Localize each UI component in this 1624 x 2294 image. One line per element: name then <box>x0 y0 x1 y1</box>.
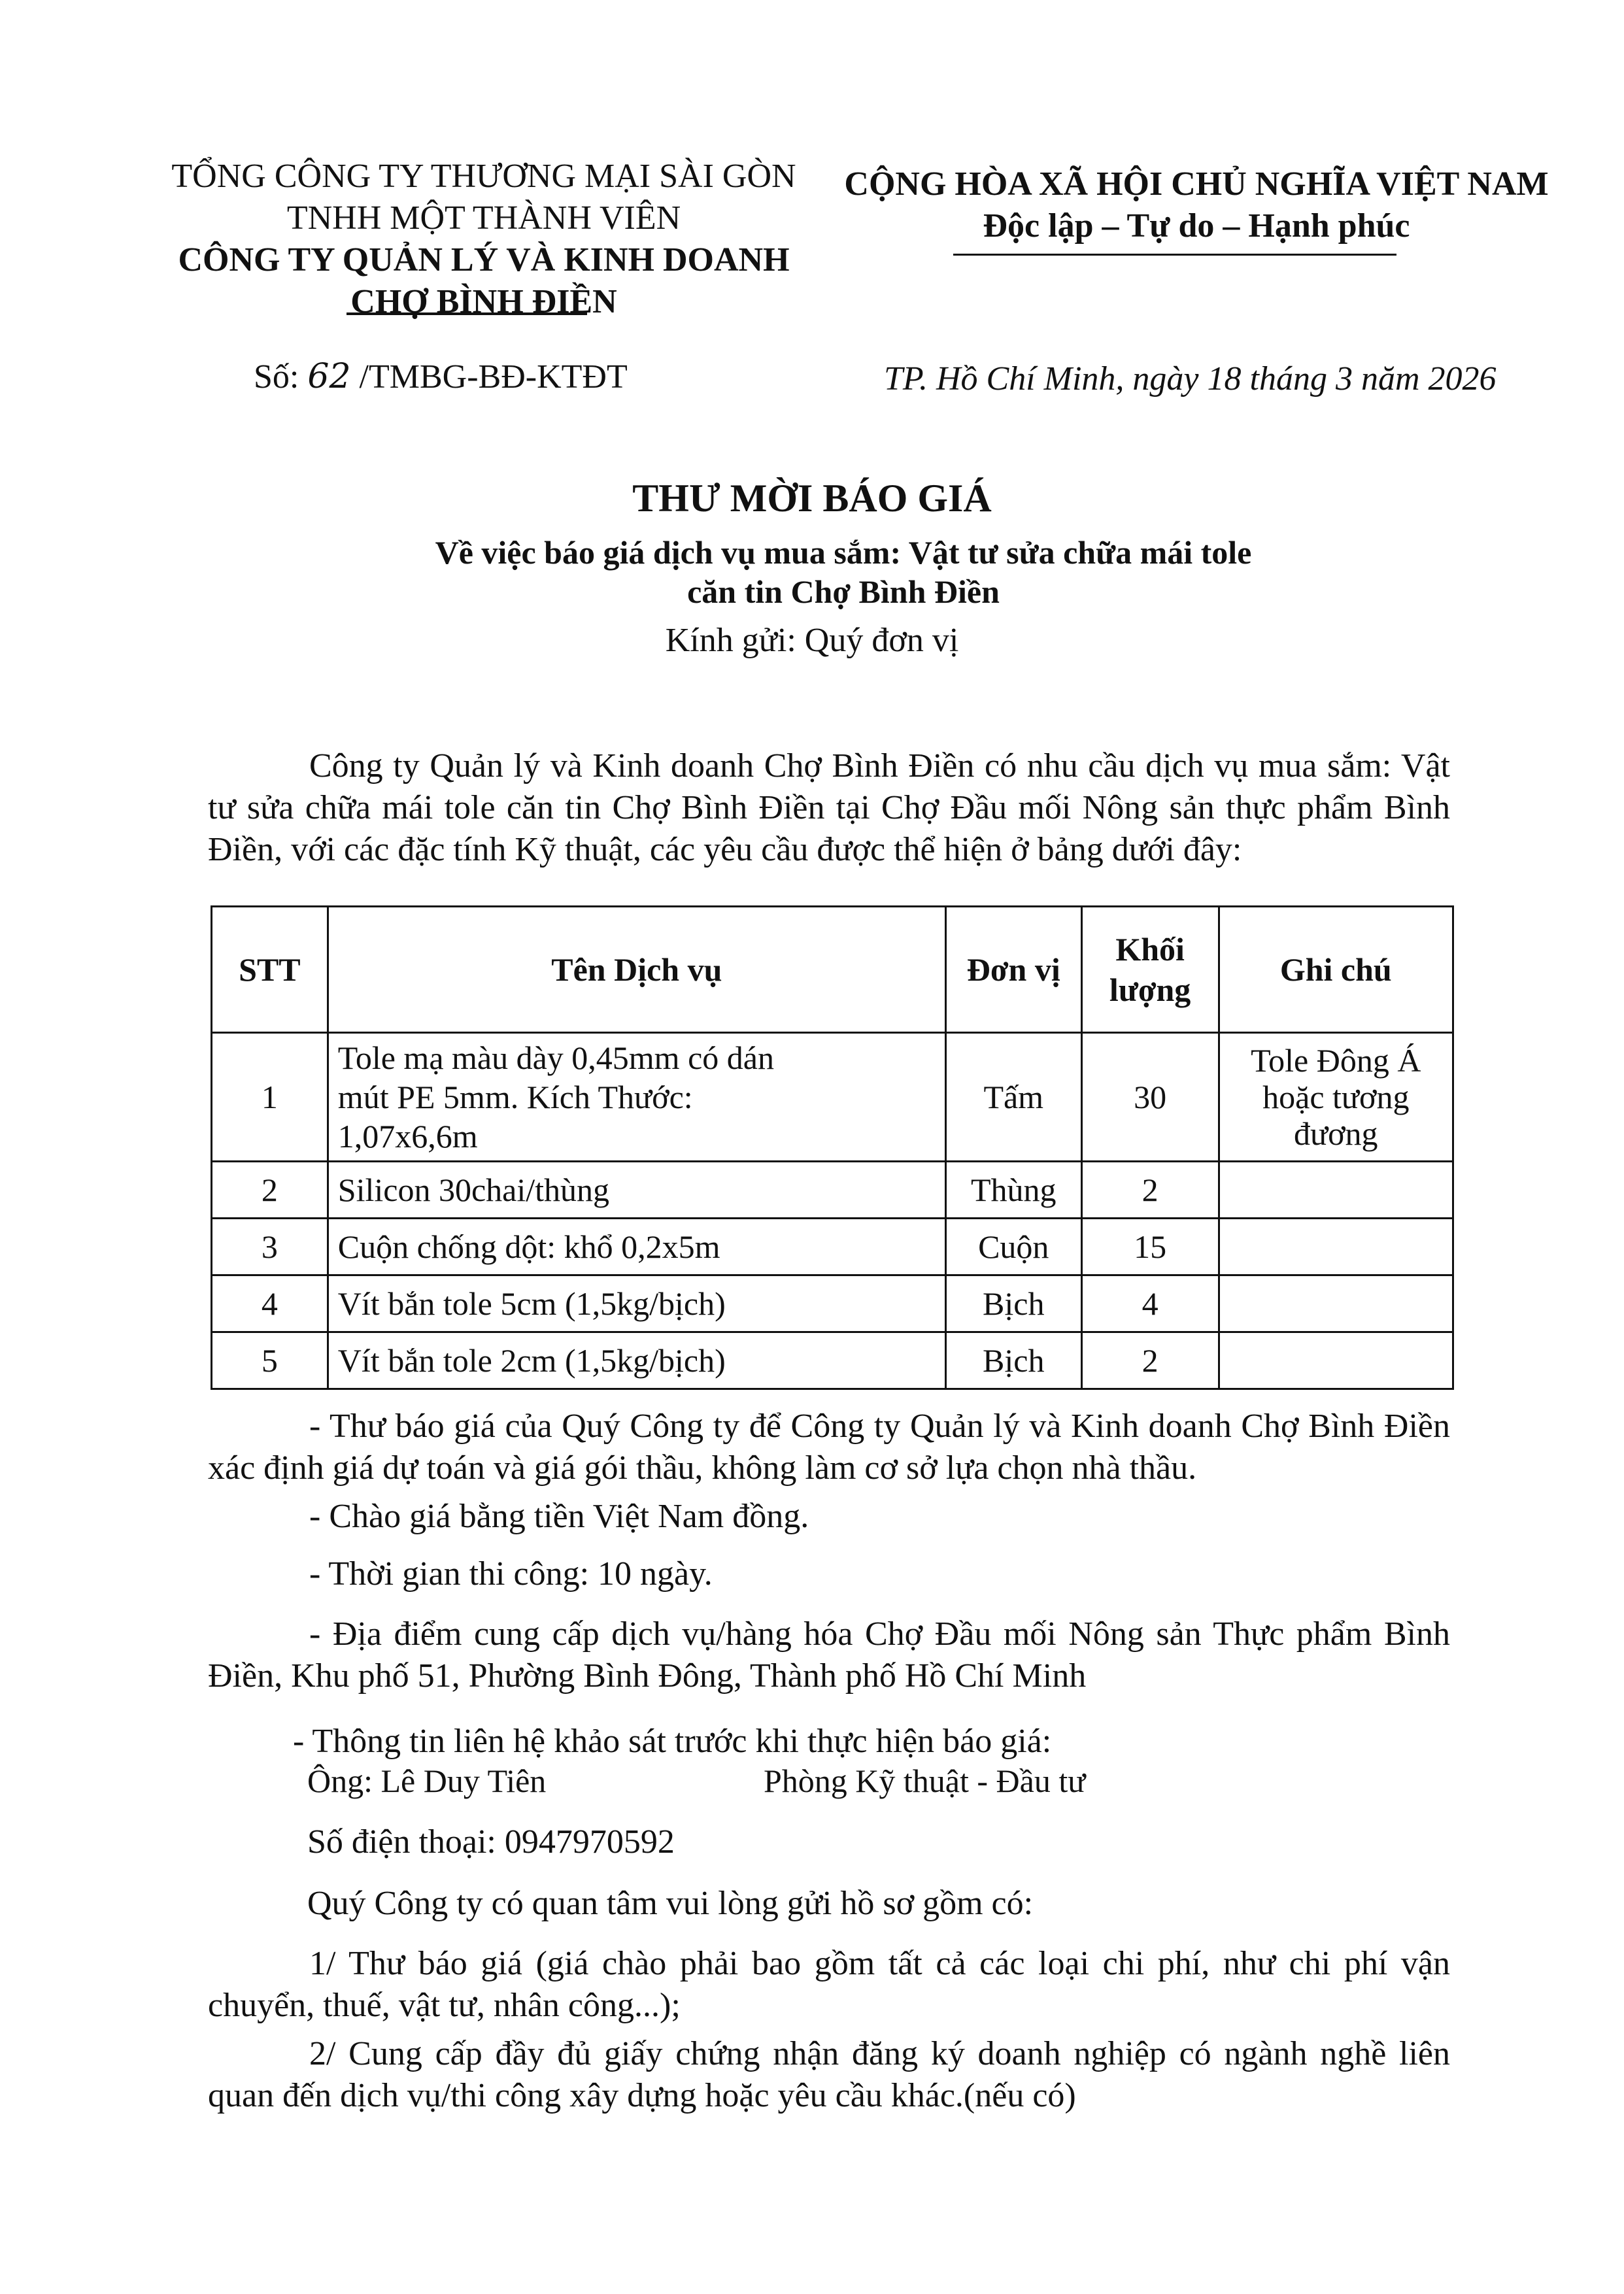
intro-paragraph: Công ty Quản lý và Kinh doanh Chợ Bình Đ… <box>208 745 1450 871</box>
national-motto-block: CỘNG HÒA XÃ HỘI CHỦ NGHĨA VIỆT NAM Độc l… <box>824 163 1569 247</box>
col-header-stt: STT <box>212 907 328 1033</box>
contact-department: Phòng Kỹ thuật - Đầu tư <box>764 1762 1085 1800</box>
national-motto: Độc lập – Tự do – Hạnh phúc <box>824 205 1569 247</box>
contact-phone: Số điện thoại: 0947970592 <box>307 1821 1353 1863</box>
date-day: 18 <box>1208 360 1242 397</box>
table-row: 1 Tole mạ màu dày 0,45mm có dán mút PE 5… <box>212 1033 1453 1162</box>
country-name: CỘNG HÒA XÃ HỘI CHỦ NGHĨA VIỆT NAM <box>824 163 1569 205</box>
document-subject: Về việc báo giá dịch vụ mua sắm: Vật tư … <box>327 533 1360 611</box>
note-location: - Địa điểm cung cấp dịch vụ/hàng hóa Chợ… <box>208 1613 1450 1697</box>
document-number: Số: 62 /TMBG-BĐ-KTĐT <box>254 357 628 396</box>
table-header-row: STT Tên Dịch vụ Đơn vị Khối lượng Ghi ch… <box>212 907 1453 1033</box>
requirement-item-2: 2/ Cung cấp đầy đủ giấy chứng nhận đăng … <box>208 2033 1450 2117</box>
col-header-unit: Đơn vị <box>945 907 1081 1033</box>
note-currency: - Chào giá bằng tiền Việt Nam đồng. <box>208 1496 1450 1538</box>
table-row: 3 Cuộn chống dột: khổ 0,2x5m Cuộn 15 <box>212 1219 1453 1275</box>
col-header-quantity: Khối lượng <box>1081 907 1219 1033</box>
document-date: TP. Hồ Chí Minh, ngày 18 tháng 3 năm 202… <box>884 360 1497 398</box>
requirements-intro: Quý Công ty có quan tâm vui lòng gửi hồ … <box>307 1883 1419 1925</box>
table-row: 4 Vít bắn tole 5cm (1,5kg/bịch) Bịch 4 <box>212 1275 1453 1332</box>
col-header-service-name: Tên Dịch vụ <box>328 907 945 1033</box>
services-table: STT Tên Dịch vụ Đơn vị Khối lượng Ghi ch… <box>211 905 1454 1390</box>
col-header-note: Ghi chú <box>1219 907 1453 1033</box>
recipient-line: Kính gửi: Quý đơn vị <box>0 621 1624 660</box>
contact-person: Ông: Lê Duy Tiên <box>307 1762 546 1800</box>
issuer-parent-company: TỔNG CÔNG TY THƯƠNG MẠI SÀI GÒN <box>127 156 840 197</box>
note-duration: - Thời gian thi công: 10 ngày. <box>208 1553 1450 1595</box>
issuer-block: TỔNG CÔNG TY THƯƠNG MẠI SÀI GÒN TNHH MỘT… <box>127 156 840 323</box>
issuer-parent-company-type: TNHH MỘT THÀNH VIÊN <box>127 197 840 239</box>
issuer-underline <box>347 312 587 315</box>
note-purpose: - Thư báo giá của Quý Công ty để Công ty… <box>208 1406 1450 1489</box>
handwritten-number: 62 <box>307 357 350 396</box>
issuer-company-name: CÔNG TY QUẢN LÝ VÀ KINH DOANH <box>127 239 840 281</box>
table-row: 2 Silicon 30chai/thùng Thùng 2 <box>212 1162 1453 1219</box>
motto-underline <box>953 254 1396 256</box>
document-title: THƯ MỜI BÁO GIÁ <box>0 476 1624 521</box>
date-month: 3 <box>1336 360 1353 397</box>
issuer-company-market: CHỢ BÌNH ĐIỀN <box>127 281 840 323</box>
note-contact-heading: - Thông tin liên hệ khảo sát trước khi t… <box>293 1721 1404 1763</box>
table-row: 5 Vít bắn tole 2cm (1,5kg/bịch) Bịch 2 <box>212 1332 1453 1389</box>
requirement-item-1: 1/ Thư báo giá (giá chào phải bao gồm tấ… <box>208 1943 1450 2027</box>
